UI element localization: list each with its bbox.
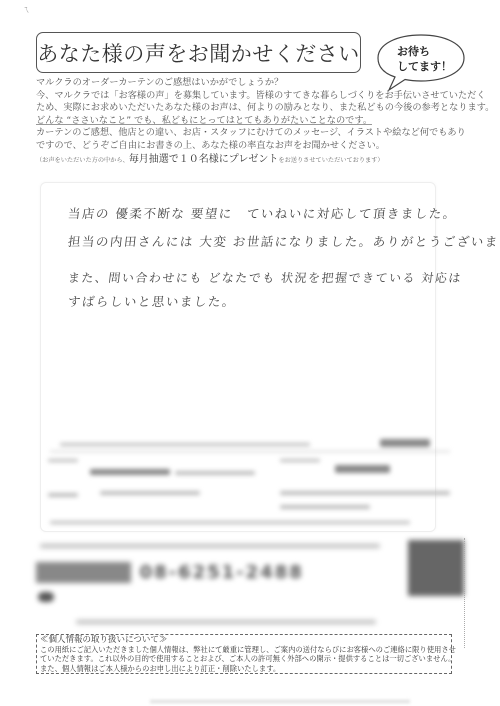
prize-note-suffix: をお送りさせていただいております） (278, 157, 383, 164)
intro-line: 今、マルクラでは「お客様の声」を募集しています。皆様のすてきな暮らしづくりをお手… (36, 90, 476, 103)
phone-number: XXXXXX 08-6251-2488 (36, 562, 304, 583)
scan-artifact (150, 700, 410, 703)
privacy-heading: ≪個人情報の取り扱いについて≫ (40, 636, 448, 645)
contact-info-redacted: XXXXXX 08-6251-2488 (36, 540, 456, 626)
intro-text: マルクラのオーダーカーテンのご感想はいかがでしょうか？ 今、マルクラでは「お客様… (36, 77, 476, 167)
intro-line: ですので、どうぞご自由にお書きの上、あなた様の率直なお声をお聞かせください。 (36, 140, 476, 153)
page-title: あなた様の声をお聞かせください (37, 38, 360, 68)
prize-note: （お声をいただいた方の中から、毎月抽選で１０名様にプレゼントをお送りさせていただ… (36, 154, 476, 168)
handwritten-line: また、問い合わせにも どなたでも 状況を把握できている 対応は (67, 269, 463, 286)
handwritten-line: 担当の内田さんには 大変 お世話になりました。ありがとうございました。 (67, 232, 500, 250)
customer-info-redacted (40, 425, 460, 535)
scan-mark: ㄟ (22, 4, 36, 10)
title-box: あなた様の声をお聞かせください (36, 32, 361, 73)
intro-line-underlined: どんな “ささいなこと” でも、私どもにとってはとてもありがたいことなのです。 (36, 115, 476, 128)
dotted-divider (464, 538, 465, 648)
privacy-line: また、個人情報はご本人様からのお申し出により訂正・削除いたします。 (40, 664, 448, 673)
privacy-notice: ≪個人情報の取り扱いについて≫ この用紙にご記入いただきました個人情報は、弊社に… (36, 634, 452, 674)
bubble-text-line1: お待ち (397, 44, 452, 59)
intro-line: マルクラのオーダーカーテンのご感想はいかがでしょうか？ (36, 77, 476, 90)
handwritten-line: 当店の 優柔不断な 要望に ていねいに対応して頂きました。 (67, 204, 458, 222)
qr-code (408, 540, 464, 596)
bubble-text-line2: してます！ (397, 59, 452, 74)
intro-line: カーテンのご感想、他店との違い、お店・スタッフにむけてのメッセージ、イラストや絵… (36, 127, 476, 140)
handwritten-line: すばらしいと思いました。 (67, 292, 237, 310)
intro-line: ため、実際にお求めいただいたあなた様のお声は、何よりの励みとなり、また私どもの今… (36, 102, 476, 115)
privacy-line: この用紙にご記入いただきました個人情報は、弊社にて厳重に管理し、ご案内の送付なら… (40, 645, 448, 654)
prize-note-prefix: （お声をいただいた方の中から、 (36, 157, 129, 164)
prize-note-highlight: 毎月抽選で１０名様にプレゼント (129, 154, 279, 165)
privacy-line: ていただきます。これ以外の目的で使用することおよび、ご本人の許可無く外部への開示… (40, 654, 448, 663)
